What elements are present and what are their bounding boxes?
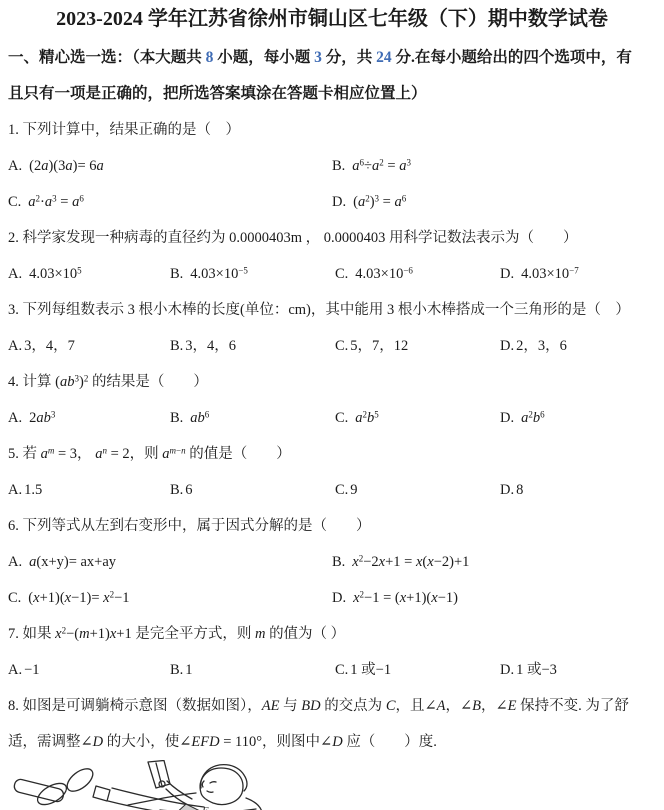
option-2b: B.4.03×10−5 — [170, 256, 335, 292]
option-value: 4.03×10−7 — [521, 266, 579, 282]
option-label: C. — [8, 590, 21, 606]
option-1d: D.(a2)3 = a6 — [332, 184, 656, 220]
question-7-options: A.−1 B.1 C.1 或−1 D.1 或−3 — [8, 652, 656, 688]
option-value: a2b6 — [521, 410, 545, 426]
option-label: B. — [332, 554, 345, 570]
option-1c: C.a2·a3 = a6 — [8, 184, 332, 220]
question-5-options: A.1.5 B.6 C.9 D.8 — [8, 472, 656, 508]
option-label: A. — [8, 410, 22, 426]
heading-points-total: 24 — [376, 49, 392, 66]
section-heading-line2: 且只有一项是正确的，把所选答案填涂在答题卡相应位置上） — [8, 76, 656, 112]
question-8-stem-line1: 8. 如图是可调躺椅示意图（数据如图），AE 与 BD 的交点为 C，且∠A，∠… — [8, 688, 656, 724]
option-value: a6÷a2 = a3 — [352, 158, 411, 174]
option-value: x2−1 = (x+1)(x−1) — [353, 590, 458, 606]
option-label: B. — [170, 410, 183, 426]
figure-label-e: E — [201, 805, 209, 810]
section-heading-line1: 一、精心选一选：（本大题共 8 小题，每小题 3 分，共 24 分.在每小题给出… — [8, 40, 656, 76]
person-face-eye — [210, 782, 216, 783]
option-5c: C.9 — [335, 472, 500, 508]
option-1a: A.(2a)(3a)= 6a — [8, 148, 332, 184]
person-face-mouth — [207, 791, 213, 792]
option-2c: C.4.03×10−6 — [335, 256, 500, 292]
option-3b: B.3，4，6 — [170, 328, 335, 364]
option-label: A. — [8, 662, 22, 678]
question-3-options: A.3，4，7 B.3，4，6 C.5，7，12 D.2，3，6 — [8, 328, 656, 364]
option-value: (2a)(3a)= 6a — [29, 158, 104, 174]
option-label: C. — [335, 266, 348, 282]
option-1b: B.a6÷a2 = a3 — [332, 148, 656, 184]
question-4-stem: 4. 计算 (ab3)2 的结果是（ ） — [8, 364, 656, 400]
option-4d: D.a2b6 — [500, 400, 656, 436]
option-value: a(x+y)= ax+ay — [29, 554, 116, 570]
option-7c: C.1 或−1 — [335, 652, 500, 688]
heading-text-1: 一、精心选一选：（本大题共 — [8, 49, 206, 66]
question-7-stem: 7. 如果 x2−(m+1)x+1 是完全平方式，则 m 的值为（ ） — [8, 616, 656, 652]
option-label: A. — [8, 158, 22, 174]
option-value: 1.5 — [24, 482, 42, 498]
option-label: C. — [335, 482, 348, 498]
option-label: C. — [335, 662, 348, 678]
option-6c: C.(x+1)(x−1)= x2−1 — [8, 580, 332, 616]
option-label: C. — [8, 194, 21, 210]
option-value: −1 — [24, 662, 39, 678]
option-2a: A.4.03×105 — [8, 256, 170, 292]
person-face-nose — [202, 781, 204, 787]
heading-points-each: 3 — [314, 49, 322, 66]
option-2d: D.4.03×10−7 — [500, 256, 656, 292]
option-value: 2ab3 — [29, 410, 55, 426]
option-value: 4.03×105 — [29, 266, 82, 282]
question-6: 6. 下列等式从左到右变形中，属于因式分解的是（ ） A.a(x+y)= ax+… — [8, 508, 656, 616]
option-value: 1 — [185, 662, 192, 678]
question-1: 1. 下列计算中，结果正确的是（ ） A.(2a)(3a)= 6a B.a6÷a… — [8, 112, 656, 220]
option-label: A. — [8, 266, 22, 282]
question-8-stem-line2: 适，需调整∠D 的大小，使∠EFD = 110°，则图中∠D 应（ ）度. — [8, 724, 656, 760]
option-3c: C.5，7，12 — [335, 328, 500, 364]
option-value: (x+1)(x−1)= x2−1 — [28, 590, 129, 606]
option-value: 1 或−3 — [516, 662, 557, 678]
option-value: 6 — [185, 482, 192, 498]
option-value: 3，4，6 — [185, 338, 236, 354]
option-value: ab6 — [190, 410, 209, 426]
question-4-options: A.2ab3 B.ab6 C.a2b5 D.a2b6 — [8, 400, 656, 436]
option-label: D. — [500, 338, 514, 354]
heading-text-4: 分.在每小题给出的四个选项中，有 — [392, 49, 632, 66]
option-value: 8 — [516, 482, 523, 498]
option-label: D. — [500, 482, 514, 498]
option-4c: C.a2b5 — [335, 400, 500, 436]
option-7b: B.1 — [170, 652, 335, 688]
option-label: D. — [500, 662, 514, 678]
question-2: 2. 科学家发现一种病毒的直径约为 0.0000403m ， 0.0000403… — [8, 220, 656, 292]
question-3-stem: 3. 下列每组数表示 3 根小木棒的长度(单位：cm)，其中能用 3 根小木棒搭… — [8, 292, 656, 328]
option-label: B. — [332, 158, 345, 174]
option-6a: A.a(x+y)= ax+ay — [8, 544, 332, 580]
option-label: B. — [170, 662, 183, 678]
option-6b: B.x2−2x+1 = x(x−2)+1 — [332, 544, 656, 580]
question-3: 3. 下列每组数表示 3 根小木棒的长度(单位：cm)，其中能用 3 根小木棒搭… — [8, 292, 656, 364]
question-2-options: A.4.03×105 B.4.03×10−5 C.4.03×10−6 D.4.0… — [8, 256, 656, 292]
question-7: 7. 如果 x2−(m+1)x+1 是完全平方式，则 m 的值为（ ） A.−1… — [8, 616, 656, 688]
option-value: x2−2x+1 = x(x−2)+1 — [352, 554, 469, 570]
option-label: D. — [332, 590, 346, 606]
question-8: 8. 如图是可调躺椅示意图（数据如图），AE 与 BD 的交点为 C，且∠A，∠… — [8, 688, 656, 760]
person-head — [200, 768, 243, 805]
question-1-options-row-1: A.(2a)(3a)= 6a B.a6÷a2 = a3 — [8, 148, 656, 184]
option-value: 1 或−1 — [350, 662, 391, 678]
option-label: D. — [332, 194, 346, 210]
option-value: a2b5 — [355, 410, 379, 426]
option-5d: D.8 — [500, 472, 656, 508]
chair-back-edge — [246, 798, 262, 810]
recliner-figure: E — [10, 760, 656, 810]
page-title: 2023-2024 学年江苏省徐州市铜山区七年级（下）期中数学试卷 — [8, 4, 656, 34]
option-value: 2，3，6 — [516, 338, 567, 354]
option-value: 4.03×10−5 — [190, 266, 248, 282]
question-4: 4. 计算 (ab3)2 的结果是（ ） A.2ab3 B.ab6 C.a2b5… — [8, 364, 656, 436]
option-3d: D.2，3，6 — [500, 328, 656, 364]
option-label: B. — [170, 266, 183, 282]
option-5a: A.1.5 — [8, 472, 170, 508]
heading-text-3: 分，共 — [322, 49, 376, 66]
question-5-stem: 5. 若 am = 3， an = 2，则 am−n 的值是（ ） — [8, 436, 656, 472]
question-6-options-row-2: C.(x+1)(x−1)= x2−1 D.x2−1 = (x+1)(x−1) — [8, 580, 656, 616]
option-label: B. — [170, 338, 183, 354]
option-7a: A.−1 — [8, 652, 170, 688]
option-value: (a2)3 = a6 — [353, 194, 406, 210]
exam-paper: 2023-2024 学年江苏省徐州市铜山区七年级（下）期中数学试卷 一、精心选一… — [0, 0, 664, 810]
option-value: 9 — [350, 482, 357, 498]
question-2-stem: 2. 科学家发现一种病毒的直径约为 0.0000403m ， 0.0000403… — [8, 220, 656, 256]
option-3a: A.3，4，7 — [8, 328, 170, 364]
question-1-options-row-2: C.a2·a3 = a6 D.(a2)3 = a6 — [8, 184, 656, 220]
recliner-figure-svg: E — [10, 760, 270, 810]
option-6d: D.x2−1 = (x+1)(x−1) — [332, 580, 656, 616]
option-4b: B.ab6 — [170, 400, 335, 436]
option-value: 3，4，7 — [24, 338, 75, 354]
option-4a: A.2ab3 — [8, 400, 170, 436]
option-label: C. — [335, 338, 348, 354]
option-label: D. — [500, 266, 514, 282]
heading-text-2: 小题，每小题 — [213, 49, 314, 66]
option-value: 4.03×10−6 — [355, 266, 413, 282]
question-6-options-row-1: A.a(x+y)= ax+ay B.x2−2x+1 = x(x−2)+1 — [8, 544, 656, 580]
option-label: D. — [500, 410, 514, 426]
option-label: A. — [8, 482, 22, 498]
option-label: A. — [8, 338, 22, 354]
option-value: 5，7，12 — [350, 338, 408, 354]
person-foot-upper — [63, 764, 96, 795]
question-1-stem: 1. 下列计算中，结果正确的是（ ） — [8, 112, 656, 148]
option-label: B. — [170, 482, 183, 498]
question-6-stem: 6. 下列等式从左到右变形中，属于因式分解的是（ ） — [8, 508, 656, 544]
option-label: A. — [8, 554, 22, 570]
option-5b: B.6 — [170, 472, 335, 508]
question-5: 5. 若 am = 3， an = 2，则 am−n 的值是（ ） A.1.5 … — [8, 436, 656, 508]
option-value: a2·a3 = a6 — [28, 194, 84, 210]
option-label: C. — [335, 410, 348, 426]
person-ankles — [93, 786, 110, 801]
option-7d: D.1 或−3 — [500, 652, 656, 688]
chair-footrest — [13, 778, 65, 803]
